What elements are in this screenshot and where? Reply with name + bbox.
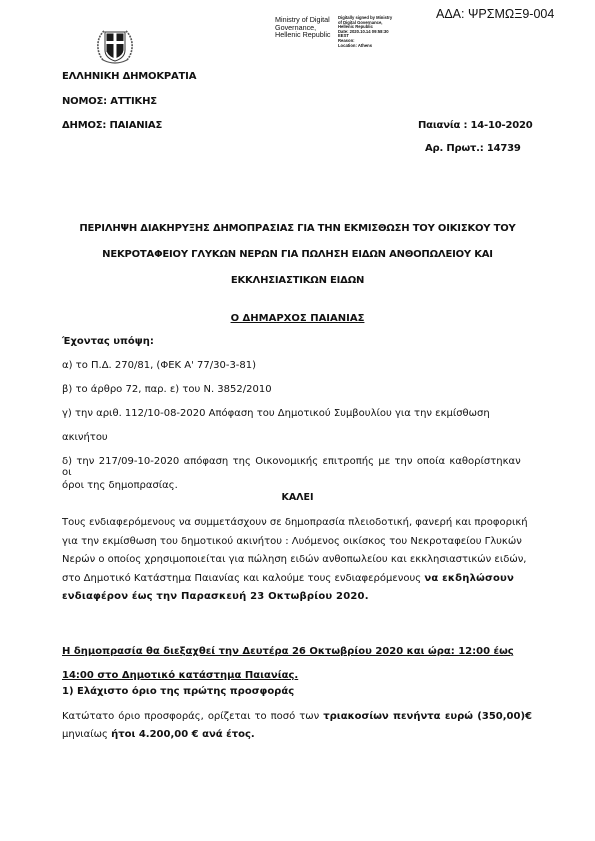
mayor-heading: Ο ΔΗΜΑΡΧΟΣ ΠΑΙΑΝΙΑΣ [60, 313, 535, 324]
considering-item-d-cont: όροι της δημοπρασίας. [62, 480, 532, 491]
considering-item-g: γ) την αριθ. 112/10-08-2020 Απόφαση του … [62, 408, 532, 419]
document-title-line: ΕΚΚΛΗΣΙΑΣΤΙΚΩΝ ΕΙΔΩΝ [60, 275, 535, 286]
section-1-heading: 1) Ελάχιστο όριο της πρώτης προσφοράς [62, 686, 532, 697]
greek-coat-of-arms-icon [95, 24, 135, 66]
calls-heading: ΚΑΛΕΙ [60, 492, 535, 503]
signature-details: Digitally signed by Ministry of Digital … [338, 16, 408, 48]
auction-notice: Η δημοπρασία θα διεξαχθεί την Δευτέρα 26… [62, 640, 532, 688]
minimum-offer-annual-amount: ήτοι 4.200,00 € ανά έτος. [111, 729, 255, 740]
considering-item-b: β) το άρθρο 72, παρ. ε) του Ν. 3852/2010 [62, 384, 532, 395]
country-name: ΕΛΛΗΝΙΚΗ ΔΗΜΟΚΡΑΤΙΑ [62, 71, 196, 82]
signature-detail-line: Location: Athens [338, 44, 408, 49]
prefecture-name: ΝΟΜΟΣ: ΑΤΤΙΚΗΣ [62, 96, 157, 107]
considering-item-g-cont: ακινήτου [62, 432, 532, 443]
document-title-line: ΝΕΚΡΟΤΑΦΕΙΟΥ ΓΛΥΚΩΝ ΝΕΡΩΝ ΓΙΑ ΠΩΛΗΣΗ ΕΙΔ… [60, 249, 535, 260]
document-title-line: ΠΕΡΙΛΗΨΗ ΔΙΑΚΗΡΥΞΗΣ ΔΗΜΟΠΡΑΣΙΑΣ ΓΙΑ ΤΗΝ … [60, 223, 535, 234]
considering-item-a: α) το Π.Δ. 270/81, (ΦΕΚ Α' 77/30-3-81) [62, 360, 532, 371]
signature-org-line: Hellenic Republic [275, 31, 331, 39]
minimum-offer-paragraph: Κατώτατο όριο προσφοράς, ορίζεται το ποσ… [62, 708, 532, 744]
ada-code: ΑΔΑ: ΨΡΣΜΩΞ9-004 [436, 7, 554, 21]
minimum-offer-text: μηνιαίως [62, 729, 111, 740]
considering-item-d: δ) την 217/09-10-2020 απόφαση της Οικονο… [62, 456, 532, 478]
signature-organization: Ministry of Digital Governance, Hellenic… [275, 16, 331, 39]
considering-label: Έχοντας υπόψη: [62, 336, 532, 347]
minimum-offer-text: Κατώτατο όριο προσφοράς, ορίζεται το ποσ… [62, 711, 323, 722]
protocol-number: Αρ. Πρωτ.: 14739 [425, 143, 521, 154]
municipality-name: ΔΗΜΟΣ: ΠΑΙΑΝΙΑΣ [62, 120, 162, 131]
minimum-offer-monthly-amount: τριακοσίων πενήντα ευρώ (350,00)€ [323, 711, 532, 722]
invitation-paragraph: Τους ενδιαφερόμενους να συμμετάσχουν σε … [62, 514, 532, 607]
document-date: Παιανία : 14-10-2020 [418, 120, 533, 131]
